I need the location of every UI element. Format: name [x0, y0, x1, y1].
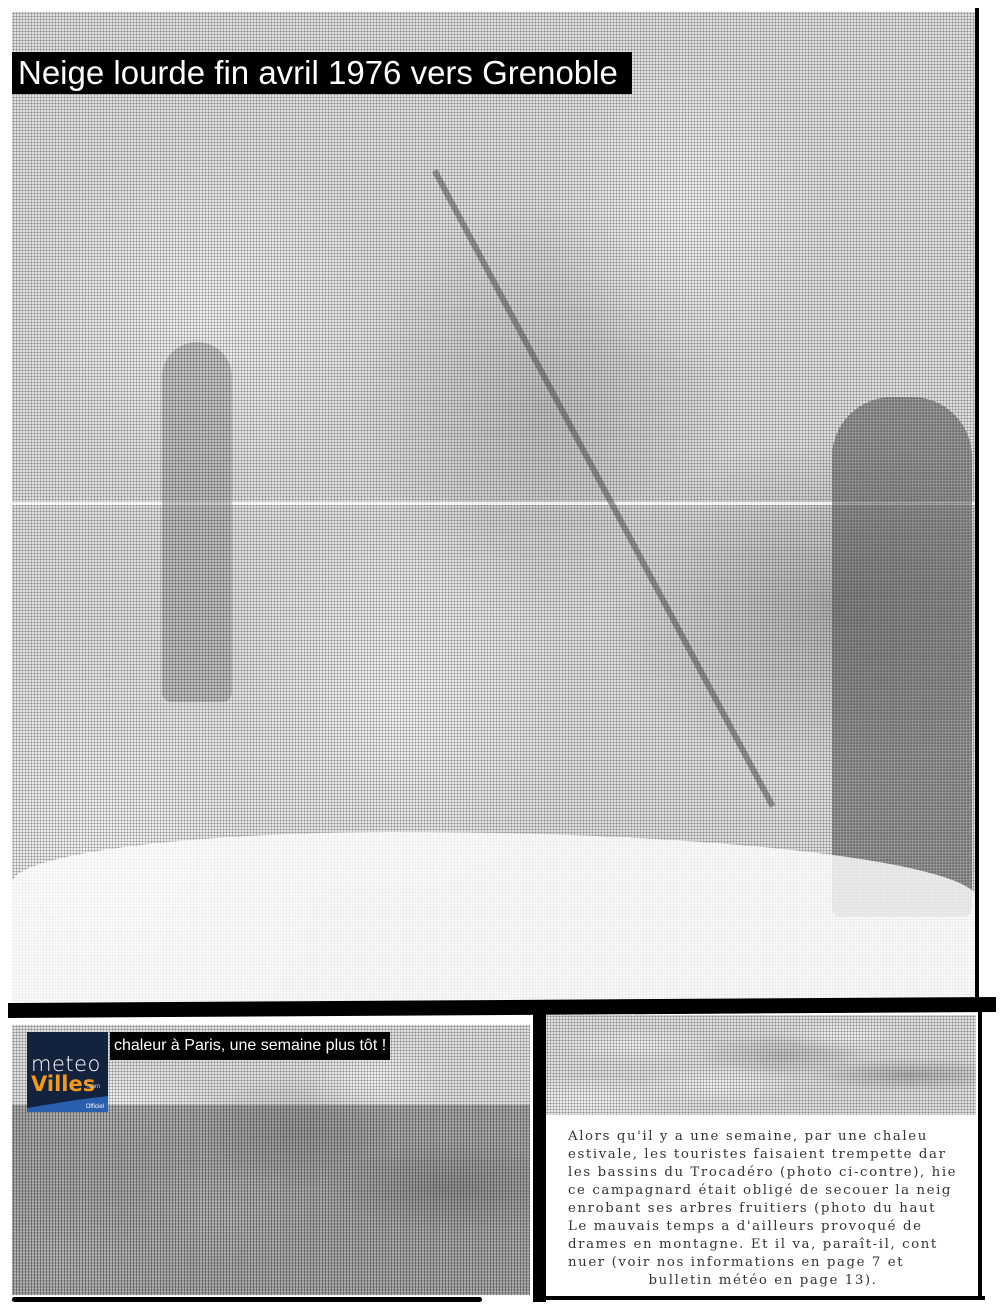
bottom-right-photo-strip [546, 1015, 976, 1115]
caption-line: ce campagnard était obligé de secouer la… [568, 1182, 978, 1200]
frame-border-right-lower [978, 1005, 982, 1297]
photo-crowd [12, 1105, 530, 1295]
article-caption: Alors qu'il y a une semaine, par une cha… [568, 1128, 978, 1290]
caption-line: nuer (voir nos informations en page 7 et [568, 1254, 978, 1272]
subheadline-banner: chaleur à Paris, une semaine plus tôt ! [110, 1032, 390, 1060]
caption-line: les bassins du Trocadéro (photo ci-contr… [568, 1164, 978, 1182]
caption-line: bulletin météo en page 13). [568, 1272, 978, 1290]
frame-border-right [975, 8, 979, 1008]
main-photo-snowy-orchard [12, 12, 978, 1002]
meteovilles-logo[interactable]: meteo Villes .com Officiel [27, 1032, 108, 1112]
photo-figure-left [162, 342, 232, 702]
frame-border-bottom-left [12, 1297, 482, 1302]
frame-border-bottom-right [545, 1296, 985, 1300]
logo-badge-officiel: Officiel [86, 1104, 104, 1110]
photo-figure-farmer [832, 397, 972, 917]
photo-branch [432, 169, 775, 808]
frame-divider-vertical [533, 1012, 546, 1302]
caption-line: drames en montagne. Et il va, paraît-il,… [568, 1236, 978, 1254]
photo-snow-ground [12, 832, 978, 1002]
caption-line: Alors qu'il y a une semaine, par une cha… [568, 1128, 978, 1146]
caption-line: estivale, les touristes faisaient trempe… [568, 1146, 978, 1164]
logo-text-villes: Villes [31, 1072, 95, 1096]
headline-banner: Neige lourde fin avril 1976 vers Grenobl… [12, 52, 632, 94]
caption-line: enrobant ses arbres fruitiers (photo du … [568, 1200, 978, 1218]
logo-text-com: .com [87, 1084, 100, 1090]
caption-line: Le mauvais temps a d'ailleurs provoqué d… [568, 1218, 978, 1236]
